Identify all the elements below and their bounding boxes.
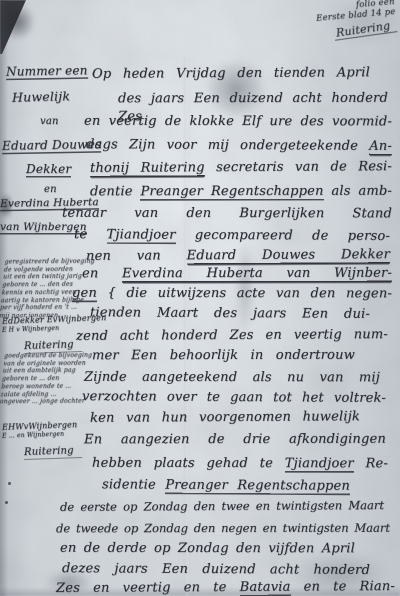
text-segment: gecompareerd de perso- — [176, 228, 390, 244]
manuscript-line: thonij Ruitering secretaris van de Resi- — [90, 158, 392, 180]
manuscript-line: des jaars Een duizend acht honderd Zes — [118, 90, 388, 111]
underlined-name: Tjiandjoer — [285, 456, 354, 471]
manuscript-line: en Everdina Huberta van Wijnber- — [82, 265, 392, 286]
underlined-name: Preanger Regentschappen — [165, 478, 350, 494]
manuscript-line: Op heden Vrijdag den tienden April — [92, 64, 370, 86]
manuscript-line: dags Zijn voor mij ondergeteekende An- — [86, 136, 392, 158]
text-segment: { die uitwijzens acte van den negen- — [97, 286, 392, 302]
manuscript-line: mer Een behoorlijk in ondertrouw — [92, 347, 355, 368]
scanned-document-page: folio een Eerste blad 14 pe Ruitering Nu… — [0, 0, 400, 596]
manuscript-line: Zes en veertig en te Batavia en te Rian- — [56, 578, 395, 596]
text-segment: sidentie — [102, 477, 165, 492]
text-segment: en de derde op Zondag den vijfden April — [60, 541, 355, 557]
manuscript-line: ken van hun voorgenomen huwelijk — [90, 408, 360, 430]
manuscript-line: gen { die uitwijzens acte van den negen- — [72, 285, 392, 306]
text-segment: ken van hun voorgenomen huwelijk — [90, 409, 360, 426]
manuscript-line: Zijnde aangeteekend als nu van mij — [84, 369, 380, 390]
text-segment: dezes jaars Een duizend acht honderd — [62, 561, 370, 578]
text-segment: tenaar van den Burgerlijken Stand — [62, 206, 392, 222]
manuscript-line: tenaar van den Burgerlijken Stand — [62, 205, 392, 226]
text-segment: de eerste op Zondag den twee en twintigs… — [60, 498, 384, 514]
underlined-name: gen — [72, 286, 97, 301]
text-segment: en — [82, 266, 122, 281]
manuscript-line: en de derde op Zondag den vijfden April — [60, 540, 355, 561]
text-segment: Re- — [354, 456, 388, 471]
text-segment: En aangezien de drie afkondigingen — [84, 432, 386, 448]
text-segment: dentie — [90, 184, 141, 199]
text-segment: secretaris van de Resi- — [205, 159, 392, 175]
text-segment: en te Rian- — [291, 579, 396, 595]
manuscript-line: En aangezien de drie afkondigingen — [84, 431, 386, 452]
underlined-name: An- — [369, 139, 392, 154]
manuscript-line: dentie Preanger Regentschappen als amb- — [90, 183, 392, 204]
text-segment: als amb- — [324, 184, 392, 199]
underlined-name: Batavia — [240, 580, 291, 595]
underlined-name: Tjiandjoer — [106, 227, 175, 242]
manuscript-line: zend acht honderd Zes en veertig num- — [76, 326, 388, 348]
underlined-name: Everdina Huberta van Wijnber- — [122, 266, 392, 282]
underlined-name: thonij Ruitering — [90, 160, 205, 176]
underlined-name: Preanger Regentschappen — [140, 184, 323, 199]
body-lines: Op heden Vrijdag den tienden Aprildes ja… — [0, 0, 400, 596]
manuscript-line: verzochten over te gaan tot het voltrek- — [82, 388, 386, 410]
underlined-name: Eduard Douwes Dekker — [187, 247, 391, 263]
text-segment: hebben plaats gehad te — [92, 456, 285, 471]
manuscript-line: te Tjiandjoer gecompareerd de perso- — [74, 226, 390, 248]
text-segment: mer Een behoorlijk in ondertrouw — [92, 348, 355, 364]
text-segment: nen van — [86, 248, 187, 264]
manuscript-line: tienden Maart des jaars Een dui- — [90, 304, 370, 326]
text-segment: de tweede op Zondag den negen en twintig… — [56, 521, 390, 536]
manuscript-line: en veertig de klokke Elf ure des voormid… — [84, 113, 392, 134]
manuscript-line: hebben plaats gehad te Tjiandjoer Re- — [92, 455, 388, 476]
text-segment: Zes en veertig en te — [56, 580, 240, 596]
text-segment: Zijnde aangeteekend als nu van mij — [84, 370, 380, 386]
text-segment: zend acht honderd Zes en veertig num- — [76, 327, 388, 344]
text-segment: Op heden Vrijdag den tienden April — [92, 65, 370, 82]
text-segment: tienden Maart des jaars Een dui- — [90, 305, 370, 322]
text-segment: verzochten over te gaan tot het voltrek- — [82, 389, 386, 406]
manuscript-line: de tweede op Zondag den negen en twintig… — [56, 519, 390, 540]
text-segment: dags Zijn voor mij ondergeteekende — [86, 137, 369, 154]
manuscript-line: de eerste op Zondag den twee en twintigs… — [60, 496, 384, 518]
text-segment: en veertig de klokke Elf ure des voormid… — [84, 114, 392, 130]
text-segment: te — [74, 227, 107, 242]
manuscript-line: sidentie Preanger Regentschappen — [102, 476, 350, 497]
